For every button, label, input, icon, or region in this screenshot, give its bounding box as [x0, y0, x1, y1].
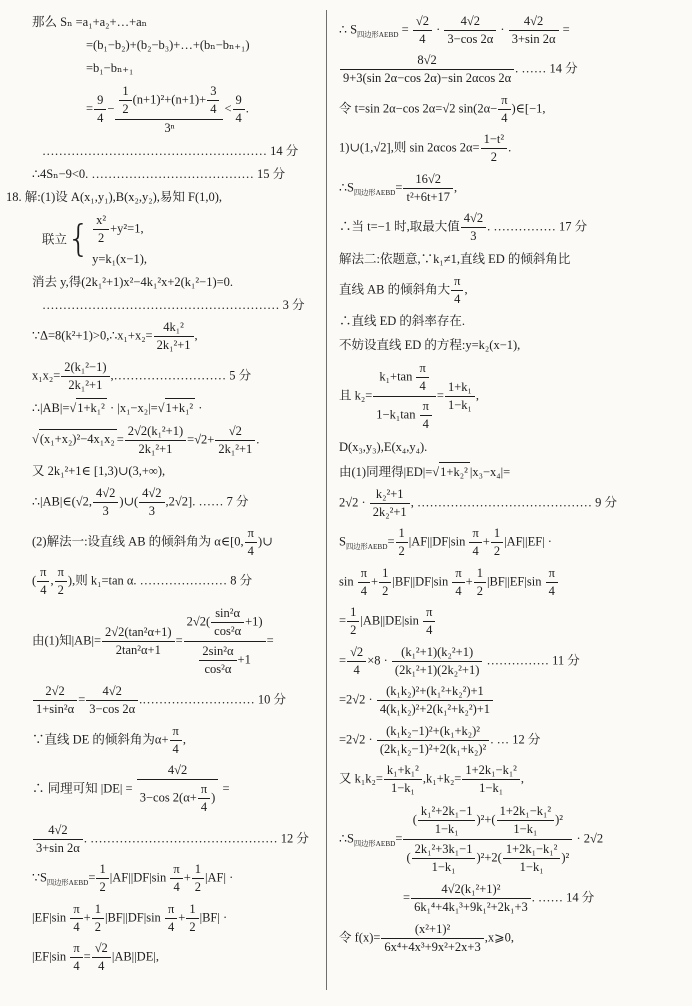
formula-line: S四边形AEBD=12|AF||DF|sin π4+12|AF||EF| ·: [339, 525, 686, 560]
formula-line: 消去 y,得(2k₁²+1)x²−4k₁²x+2(k₁²−1)=0.: [32, 273, 320, 292]
formula-line: ∴当 t=−1 时,取最大值4√23. …………… 17 分: [339, 210, 686, 245]
formula-line: 2√2 · k₂²+12k₂²+1, …………………………………… 9 分: [339, 486, 686, 521]
formula-line: 不妨设直线 ED 的方程:y=k₂(x−1),: [339, 336, 686, 355]
formula-line: ∴ 同理可知 |DE| = 4√23−cos 2(α+π4) =: [32, 762, 320, 817]
formula-line: ∴S四边形AEBD=(k₁²+2k₁−11−k₁)²+(1+2k₁−k₁²1−k…: [339, 802, 686, 877]
formula-line: ∴ S四边形AEBD = √24 · 4√23−cos 2α · 4√23+si…: [339, 13, 686, 48]
formula-line: ∵S四边形AEBD=12|AF||DF|sin π4+12|AF| ·: [32, 861, 320, 896]
formula-line: 4√23+sin 2α. ……………………………………… 12 分: [32, 822, 320, 857]
formula-line: 又 2k₁²+1∈ [1,3)∪(3,+∞),: [32, 462, 320, 481]
formula-line: 由(1)同理得|ED|=√1+k₂²|x₃−x₄|=: [339, 462, 686, 482]
formula-line: 令 f(x)=(x²+1)²6x⁴+4x³+9x²+2x+3,x⩾0,: [339, 921, 686, 956]
formula-line: 1)∪(1,√2],则 sin 2αcos 2α=1−t²2.: [339, 131, 686, 166]
formula-line: =2√2 · (k₁k₂)²+(k₁²+k₂²)+14(k₁k₂)²+2(k₁²…: [339, 683, 686, 718]
formula-line: =√24×8 · (k₁²+1)(k₂²+1)(2k₁²+1)(2k₂²+1) …: [339, 644, 686, 679]
formula-line: |EF|sin π4+12|BF||DF|sin π4+12|BF| ·: [32, 901, 320, 936]
formula-line: |EF|sin π4=√24|AB||DE|,: [32, 940, 320, 975]
formula-line: 解法二:依题意,∵k₁≠1,直线 ED 的倾斜角比: [339, 250, 686, 269]
formula-line: 令 t=sin 2α−cos 2α=√2 sin(2α−π4)∈[−1,: [339, 92, 686, 127]
equation-system: 联立{x²2+y²=1,y=k₁(x−1),: [42, 212, 320, 269]
formula-line: √(x₁+x₂)²−4x₁x₂=2√2(k₁²+1)2k₁²+1=√2+√22k…: [32, 423, 320, 458]
formula-line: ∴S四边形AEBD=16√2t²+6t+17,: [339, 171, 686, 206]
formula-line: (π4,π2),则 k₁=tan α. ………………… 8 分: [32, 564, 320, 599]
formula-line: (2)解法一:设直线 AB 的倾斜角为 α∈[0,π4)∪: [32, 525, 320, 560]
formula-line: ∴直线 ED 的斜率存在.: [339, 312, 686, 331]
formula-line: ∵直线 DE 的倾斜角为α+π4,: [32, 723, 320, 758]
solution-page: 那么 Sₙ =a₁+a₂+…+aₙ =(b₁−b₂)+(b₂−b₃)+…+(bₙ…: [0, 0, 692, 1006]
formula-line: sin π4+12|BF||DF|sin π4+12|BF||EF|sin π4: [339, 565, 686, 600]
formula-line: =b₁−bₙ₊₁: [86, 59, 320, 78]
formula-line: ∵Δ=8(k²+1)>0,∴x₁+x₂=4k₁²2k₁²+1,: [32, 319, 320, 354]
formula-line: =94−12(n+1)²+(n+1)+343ⁿ<94.: [86, 82, 320, 137]
formula-line: =(b₁−b₂)+(b₂−b₃)+…+(bₙ−bₙ₊₁): [86, 36, 320, 55]
formula-line: ∴4Sₙ−9<0. ………………………………… 15 分: [32, 165, 320, 184]
formula-line: 由(1)知|AB|=2√2(tan²α+1)2tan²α+1=2√2(sin²α…: [32, 604, 320, 679]
formula-line: =2√2 · (k₁k₂−1)²+(k₁+k₂)²(2k₁k₂−1)²+2(k₁…: [339, 723, 686, 758]
formula-line: ∴|AB|∈(√2,4√23)∪(4√23,2√2]. …… 7 分: [32, 485, 320, 520]
formula-line: D(x₃,y₃),E(x₄,y₄).: [339, 438, 686, 457]
left-column: 那么 Sₙ =a₁+a₂+…+aₙ =(b₁−b₂)+(b₂−b₃)+…+(bₙ…: [0, 6, 326, 1006]
formula-line: =4√2(k₁²+1)²6k₁⁴+4k₁³+9k₁²+2k₁+3. …… 14 …: [403, 881, 686, 916]
formula-line: 且 k₂=k₁+tan π41−k₁tan π4=1+k₁1−k₁,: [339, 359, 686, 434]
formula-line: x₁x₂=2(k₁²−1)2k₁²+1,……………………… 5 分: [32, 359, 320, 394]
formula-line: ∴|AB|=√1+k₁² · |x₁−x₂|=√1+k₁² ·: [32, 398, 320, 418]
right-column: ∴ S四边形AEBD = √24 · 4√23−cos 2α · 4√23+si…: [327, 6, 692, 1006]
formula-line: 那么 Sₙ =a₁+a₂+…+aₙ: [32, 13, 320, 32]
formula-line: 又 k₁k₂=k₁+k₁²1−k₁,k₁+k₂=1+2k₁−k₁²1−k₁,: [339, 762, 686, 797]
score-line: ………………………………………………… 3 分: [42, 296, 320, 315]
formula-line: 2√21+sin²α=4√23−cos 2α.……………………… 10 分: [32, 683, 320, 718]
formula-line: 直线 AB 的倾斜角大π4,: [339, 273, 686, 308]
problem-18-heading: 18. 解:(1)设 A(x₁,y₁),B(x₂,y₂),易知 F(1,0),: [6, 188, 320, 207]
formula-line: =12|AB||DE|sin π4: [339, 604, 686, 639]
formula-line: 8√29+3(sin 2α−cos 2α)−sin 2αcos 2α. …… 1…: [339, 52, 686, 87]
score-line: ……………………………………………… 14 分: [42, 142, 320, 161]
